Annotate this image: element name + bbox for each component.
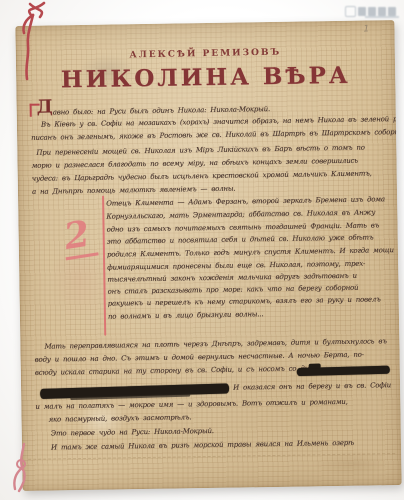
manuscript-line: Корнуэлльскаго, мать Эрментгарда; аббатс…	[106, 208, 375, 220]
site-watermark	[345, 3, 401, 19]
watermark-glyph	[358, 7, 366, 16]
manuscript-line: всюду искала старика на ту сторону въ св…	[35, 364, 315, 376]
manuscript-page: 1 АЛЕКСѢЙ РЕМИЗОВЪ НИКОЛИНА ВѢРА Д авно …	[15, 20, 401, 491]
manuscript-line: родился Климентъ. Только годъ минулъ спу…	[107, 246, 394, 259]
manuscript-line: по волнамъ и въ лицо брызнули волны...	[108, 310, 264, 320]
manuscript-line: тысячелѣтный законъ хожденія мальчика вд…	[107, 272, 357, 284]
manuscript-line: а на Днѣпрѣ помощь малюткѣ явленіемъ — в…	[32, 185, 235, 196]
page-title: НИКОЛИНА ВѢРА	[16, 61, 395, 94]
manuscript-line: и малъ на полатяхъ — мокрое имя — и здор…	[35, 398, 347, 411]
manuscript-line: писанъ онъ зеленымъ, якоже въ Ростовѣ же…	[31, 128, 402, 142]
manuscript-line: Это первое чудо на Руси: Никола-Мокрый.	[51, 427, 214, 438]
illuminated-initial: Д	[37, 98, 53, 116]
manuscript-line: Въ Кіевѣ у св. Софіи на мозаикахъ (хорах…	[41, 115, 402, 129]
watermark-underline	[365, 16, 399, 18]
manuscript-line: Отецъ Климента — Адамъ Ферзанъ, второй з…	[106, 195, 385, 207]
ink-redaction-bar	[297, 366, 390, 376]
watermark-logo-icon	[345, 6, 356, 17]
watermark-glyph	[388, 7, 396, 16]
manuscript-line: морю и разнеслася благодать по всему мір…	[32, 157, 358, 170]
paper-ruling-line	[28, 453, 395, 460]
manuscript-line: И тамъ же самый Никола въ ризѣ морской т…	[51, 439, 354, 452]
manuscript-line: ракушекъ и перешелъ къ нему старикомъ, в…	[108, 295, 381, 307]
manuscript-line: это аббатство и посвятила себя и дѣтей с…	[107, 233, 374, 245]
page-number: 1	[363, 24, 377, 34]
manuscript-line: фимиарящимися пронесены были еще св. Ник…	[107, 260, 365, 272]
manuscript-line: онъ сталъ разсказывать про море: какъ чт…	[107, 284, 358, 296]
manuscript-line: воду и пошло на дно. Съ этимъ и домой ве…	[35, 351, 364, 364]
manuscript-line: И оказался онъ на берегу и въ св. Софіи	[233, 381, 391, 391]
manuscript-line: чудеса: въ Царьградѣ чудесно былъ исцѣле…	[32, 169, 372, 182]
watermark-glyph	[378, 7, 386, 16]
ink-redaction-bar	[40, 383, 229, 399]
manuscript-line: яко пасмурный, воздухъ засмотрѣлъ.	[48, 413, 191, 423]
manuscript-line: авно было: на Руси былъ одинъ Никола: Ни…	[53, 105, 270, 116]
manuscript-line: При перенесеніи мощей св. Николая изъ Мі…	[36, 144, 364, 157]
manuscript-line: Мать переправлявшаяся на плотѣ черезъ Дн…	[44, 337, 386, 350]
margin-number-mark: 2	[60, 215, 99, 261]
watermark-glyph	[368, 7, 376, 16]
author-heading: АЛЕКСѢЙ РЕМИЗОВЪ	[16, 45, 395, 62]
manuscript-line: одно изъ самыхъ почитаемыхъ святынь тогд…	[107, 221, 380, 233]
